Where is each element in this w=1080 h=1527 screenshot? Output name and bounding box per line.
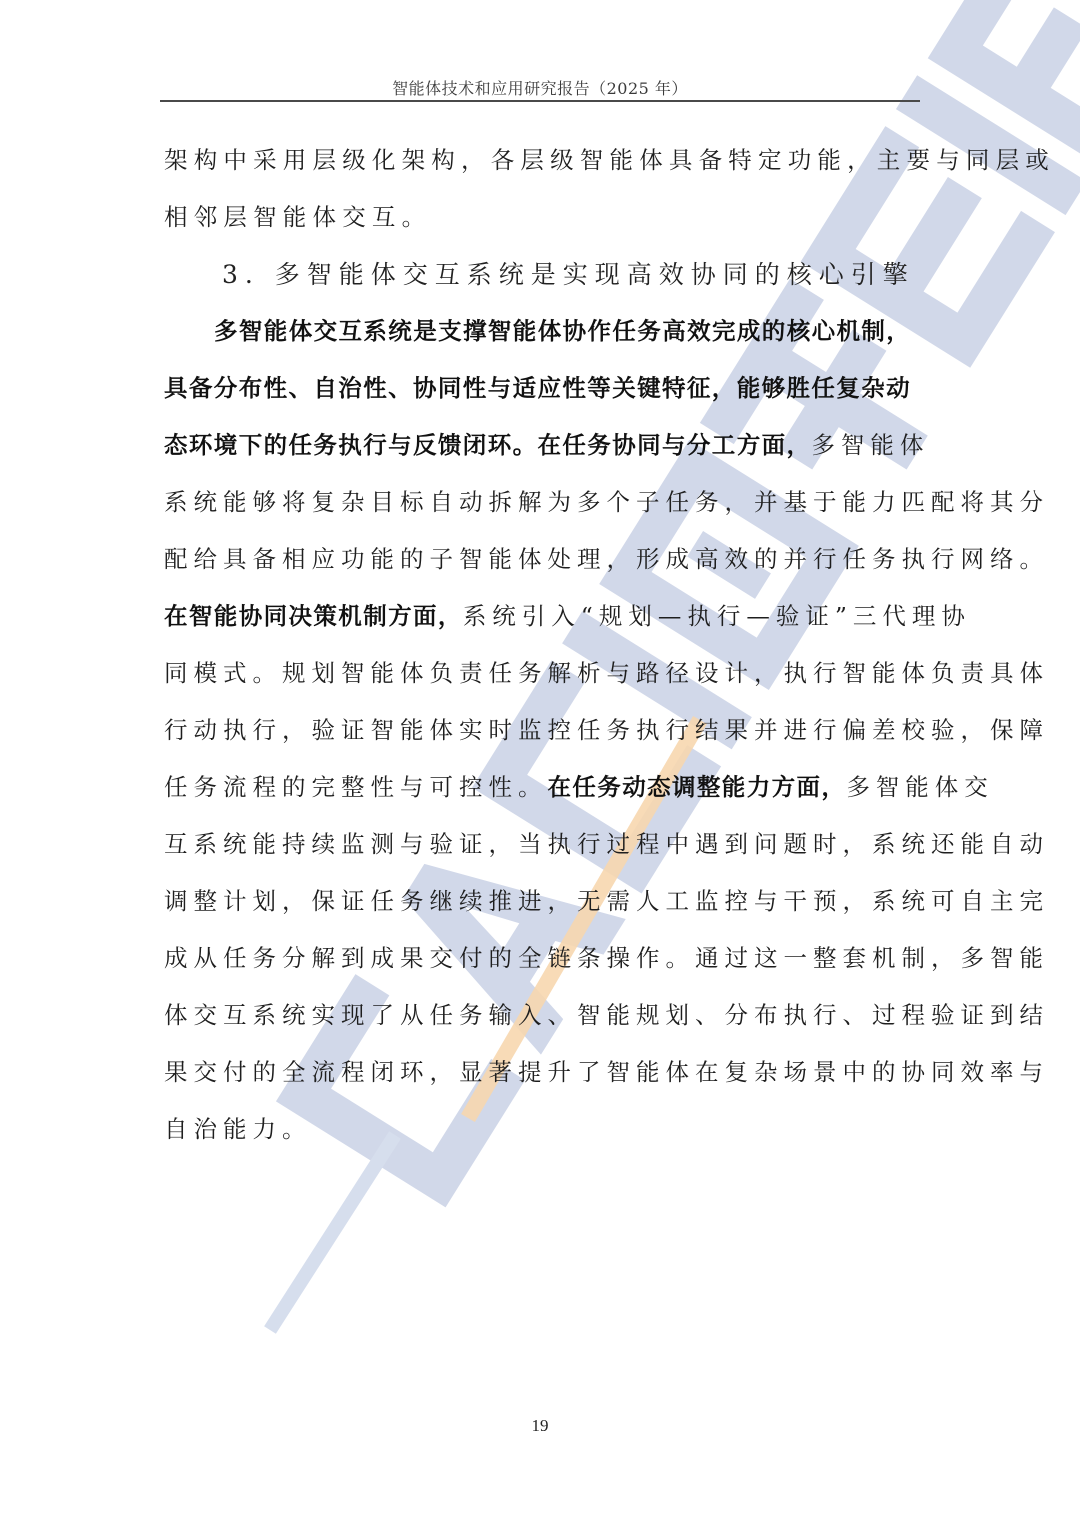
bold-lead-text: 多智能体交互系统是支撑智能体协作任务高效完成的核心机制， [214,317,911,345]
paragraph-line: 在智能协同决策机制方面，系统引入“规划—执行—验证”三代理协 [164,588,920,645]
paragraph-line: 行动执行，验证智能体实时监控任务执行结果并进行偏差校验，保障 [164,702,920,759]
text-line: 相邻层智能体交互。 [164,189,920,246]
regular-text: 系统引入“规划—执行—验证”三代理协 [463,602,971,630]
paragraph-line: 成从任务分解到成果交付的全链条操作。通过这一整套机制，多智能 [164,930,920,987]
paragraph-line: 配给具备相应功能的子智能体处理，形成高效的并行任务执行网络。 [164,531,920,588]
header-divider [160,100,920,102]
paragraph-line: 调整计划，保证任务继续推进，无需人工监控与干预，系统可自主完 [164,873,920,930]
paragraph-line: 同模式。规划智能体负责任务解析与路径设计，执行智能体负责具体 [164,645,920,702]
regular-text: 同模式。规划智能体负责任务解析与路径设计，执行智能体负责具体 [164,659,1049,687]
regular-text: 行动执行，验证智能体实时监控任务执行结果并进行偏差校验，保障 [164,716,1049,744]
paragraph-line: 任务流程的完整性与可控性。在任务动态调整能力方面，多智能体交 [164,759,920,816]
regular-text: 多智能体交 [846,773,994,801]
paragraph-line: 具备分布性、自治性、协同性与适应性等关键特征，能够胜任复杂动 [164,360,920,417]
paragraph-line: 态环境下的任务执行与反馈闭环。在任务协同与分工方面，多智能体 [164,417,920,474]
regular-text: 果交付的全流程闭环，显著提升了智能体在复杂场景中的协同效率与 [164,1058,1049,1086]
running-header-title: 智能体技术和应用研究报告（2025 年） [160,76,920,99]
body-text: 架构中采用层级化架构，各层级智能体具备特定功能，主要与同层或 相邻层智能体交互。… [164,132,920,1158]
paragraph-line: 系统能够将复杂目标自动拆解为多个子任务，并基于能力匹配将其分 [164,474,920,531]
document-page: 智能体技术和应用研究报告（2025 年） 架构中采用层级化架构，各层级智能体具备… [0,0,1080,1527]
regular-text: 体交互系统实现了从任务输入、智能规划、分布执行、过程验证到结 [164,1001,1049,1029]
regular-text: 成从任务分解到成果交付的全链条操作。通过这一整套机制，多智能 [164,944,1049,972]
regular-text: 系统能够将复杂目标自动拆解为多个子任务，并基于能力匹配将其分 [164,488,1049,516]
paragraph-line: 多智能体交互系统是支撑智能体协作任务高效完成的核心机制， [164,303,920,360]
section-heading: 3. 多智能体交互系统是实现高效协同的核心引擎 [164,246,920,303]
paragraph-line: 体交互系统实现了从任务输入、智能规划、分布执行、过程验证到结 [164,987,920,1044]
regular-text: 互系统能持续监测与验证，当执行过程中遇到问题时，系统还能自动 [164,830,1049,858]
regular-text: 自治能力。 [164,1115,312,1143]
paragraph-line: 果交付的全流程闭环，显著提升了智能体在复杂场景中的协同效率与 [164,1044,920,1101]
paragraph-line: 互系统能持续监测与验证，当执行过程中遇到问题时，系统还能自动 [164,816,920,873]
regular-text: 调整计划，保证任务继续推进，无需人工监控与干预，系统可自主完 [164,887,1049,915]
bold-text: 具备分布性、自治性、协同性与适应性等关键特征，能够胜任复杂动 [164,374,911,402]
paragraph-line: 自治能力。 [164,1101,920,1158]
regular-text: 多智能体 [811,431,929,459]
regular-text: 任务流程的完整性与可控性。 [164,773,548,801]
bold-text: 在智能协同决策机制方面， [164,602,463,630]
bold-text: 态环境下的任务执行与反馈闭环。在任务协同与分工方面， [164,431,811,459]
regular-text: 配给具备相应功能的子智能体处理，形成高效的并行任务执行网络。 [164,545,1049,573]
page-number: 19 [0,1416,1080,1436]
text-line: 架构中采用层级化架构，各层级智能体具备特定功能，主要与同层或 [164,132,920,189]
bold-text: 在任务动态调整能力方面， [548,773,847,801]
